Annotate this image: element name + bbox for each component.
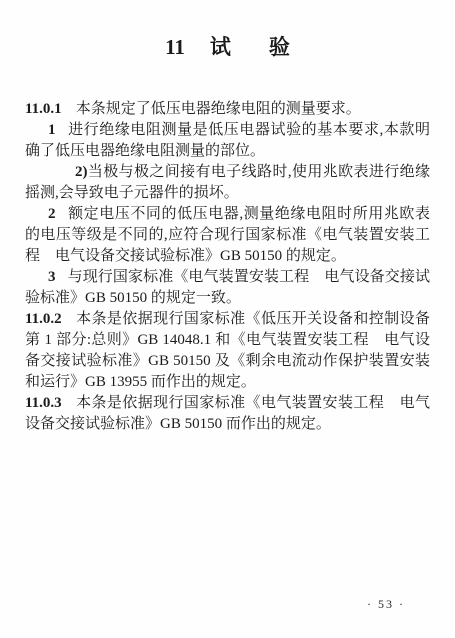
subitem-2: 2)当极与极之间接有电子线路时,使用兆欧表进行绝缘摇测,会导致电子元器件的损坏。 [25,162,430,204]
chapter-title-word-1: 试 [210,31,231,61]
item-number: 2 [48,206,56,222]
chapter-title: 11 试 验 [0,0,455,61]
chapter-number: 11 [165,35,185,60]
clause-11-0-2: 11.0.2本条是依据现行国家标准《低压开关设备和控制设备 第 1 部分:总则》… [25,309,430,393]
paragraph-text: 本条是依据现行国家标准《电气装置安装工程 电气设备交接试验标准》GB 50150… [25,395,430,432]
item-number: 3 [48,269,56,285]
subitem-number: 2) [75,164,88,180]
item-3: 3与现行国家标准《电气装置安装工程 电气设备交接试验标准》GB 50150 的规… [25,267,430,309]
clause-number: 11.0.1 [25,101,62,117]
clause-11-0-3: 11.0.3本条是依据现行国家标准《电气装置安装工程 电气设备交接试验标准》GB… [25,393,430,435]
chapter-title-word-2: 验 [269,31,290,61]
page-number: · 53 · [367,597,405,611]
clause-number: 11.0.2 [25,311,62,327]
item-number: 1 [48,122,56,138]
paragraph-text: 与现行国家标准《电气装置安装工程 电气设备交接试验标准》GB 50150 的规定… [25,269,430,306]
paragraph-text: 本条是依据现行国家标准《低压开关设备和控制设备 第 1 部分:总则》GB 140… [25,311,445,390]
clause-number: 11.0.3 [25,395,62,411]
body-text: 11.0.1本条规定了低压电器绝缘电阻的测量要求。 1进行绝缘电阻测量是低压电器… [25,99,430,435]
item-1: 1进行绝缘电阻测量是低压电器试验的基本要求,本款明确了低压电器绝缘电阻测量的部位… [25,120,430,162]
paragraph-text: 进行绝缘电阻测量是低压电器试验的基本要求,本款明确了低压电器绝缘电阻测量的部位。 [25,122,430,159]
document-page: 11 试 验 11.0.1本条规定了低压电器绝缘电阻的测量要求。 1进行绝缘电阻… [0,0,455,638]
item-2: 2额定电压不同的低压电器,测量绝缘电阻时所用兆欧表的电压等级是不同的,应符合现行… [25,204,430,267]
clause-11-0-1: 11.0.1本条规定了低压电器绝缘电阻的测量要求。 [25,99,430,120]
paragraph-text: 本条规定了低压电器绝缘电阻的测量要求。 [76,101,361,117]
page-footer: · 53 · [367,597,405,612]
paragraph-text: 额定电压不同的低压电器,测量绝缘电阻时所用兆欧表的电压等级是不同的,应符合现行国… [25,206,430,264]
